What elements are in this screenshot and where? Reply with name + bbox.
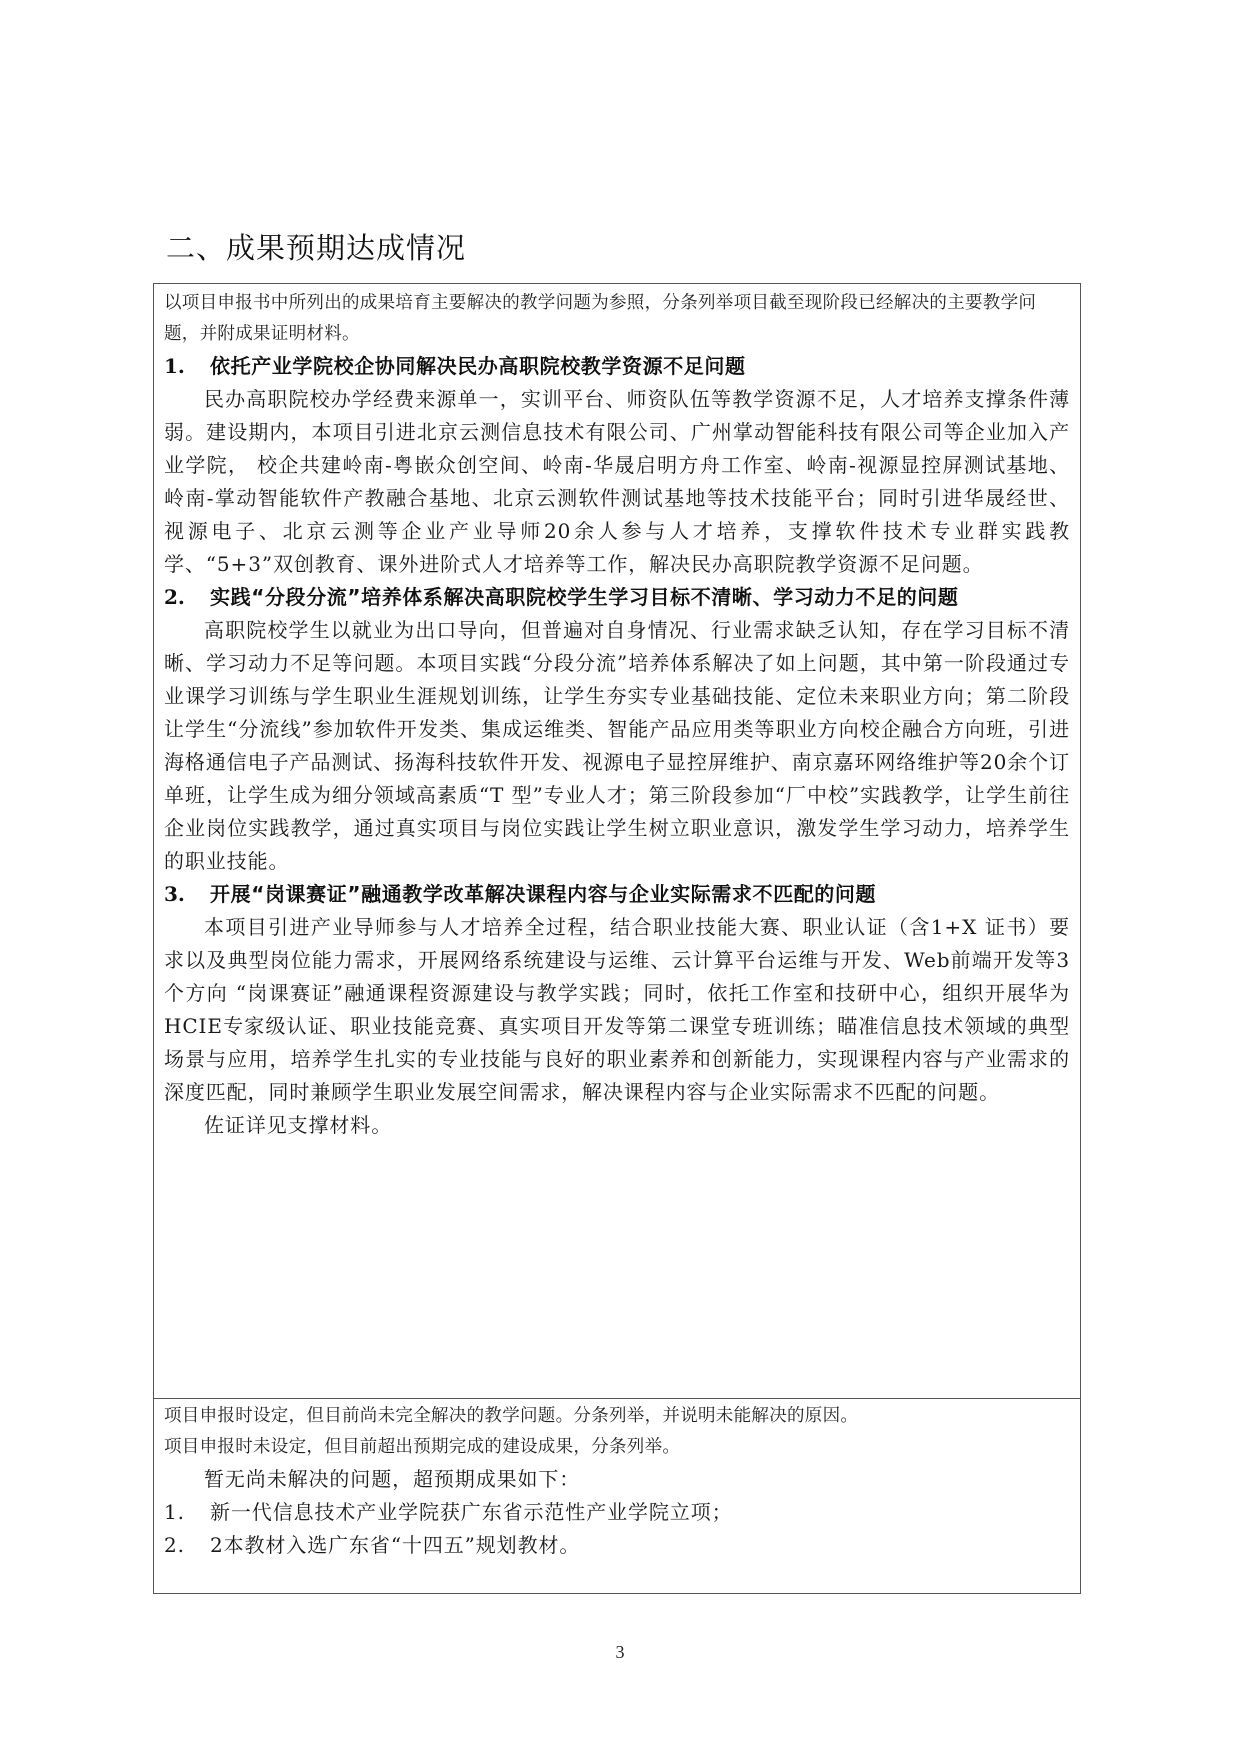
item-number: 1. (164, 350, 210, 383)
item-body: 本项目引进产业导师参与人才培养全过程，结合职业技能大赛、职业认证（含1+X 证书… (164, 911, 1070, 1109)
item-body: 高职院校学生以就业为出口导向，但普遍对自身情况、行业需求缺乏认知，存在学习目标不… (164, 614, 1070, 878)
item-body: 民办高职院校办学经费来源单一，实训平台、师资队伍等教学资源不足，人才培养支撑条件… (164, 383, 1070, 581)
summary-text: 暂无尚未解决的问题，超预期成果如下： (164, 1463, 1070, 1496)
item-heading-text: 依托产业学院校企协同解决民办高职院校教学资源不足问题 (210, 350, 1070, 383)
exceeded-prompt: 项目申报时未设定，但目前超出预期完成的建设成果，分条列举。 (164, 1432, 1070, 1463)
page-number: 3 (0, 1642, 1240, 1663)
solved-problems-prompt: 以项目申报书中所列出的成果培育主要解决的教学问题为参照，分条列举项目截至现阶段已… (164, 288, 1070, 350)
item-heading-text: 实践“分段分流”培养体系解决高职院校学生学习目标不清晰、学习动力不足的问题 (210, 581, 1070, 614)
solved-item-2: 2. 实践“分段分流”培养体系解决高职院校学生学习目标不清晰、学习动力不足的问题… (164, 581, 1070, 878)
result-text: 2本教材入选广东省“十四五”规划教材。 (210, 1529, 580, 1562)
evidence-note: 佐证详见支撑材料。 (164, 1109, 1070, 1142)
result-number: 2. (164, 1529, 210, 1562)
item-heading: 2. 实践“分段分流”培养体系解决高职院校学生学习目标不清晰、学习动力不足的问题 (164, 581, 1070, 614)
item-heading: 3. 开展“岗课赛证”融通教学改革解决课程内容与企业实际需求不匹配的问题 (164, 878, 1070, 911)
item-number: 3. (164, 878, 210, 911)
result-item-1: 1. 新一代信息技术产业学院获广东省示范性产业学院立项； (164, 1496, 1070, 1529)
result-number: 1. (164, 1496, 210, 1529)
result-item-2: 2. 2本教材入选广东省“十四五”规划教材。 (164, 1529, 1070, 1562)
unsolved-and-exceeded-cell: 项目申报时设定，但目前尚未完全解决的教学问题。分条列举，并说明未能解决的原因。 … (154, 1398, 1080, 1593)
item-number: 2. (164, 581, 210, 614)
solved-item-3: 3. 开展“岗课赛证”融通教学改革解决课程内容与企业实际需求不匹配的问题 本项目… (164, 878, 1070, 1109)
solved-problems-cell: 以项目申报书中所列出的成果培育主要解决的教学问题为参照，分条列举项目截至现阶段已… (154, 284, 1080, 1398)
section-title: 二、成果预期达成情况 (166, 228, 466, 268)
item-heading: 1. 依托产业学院校企协同解决民办高职院校教学资源不足问题 (164, 350, 1070, 383)
result-text: 新一代信息技术产业学院获广东省示范性产业学院立项； (210, 1496, 733, 1529)
achievement-table: 以项目申报书中所列出的成果培育主要解决的教学问题为参照，分条列举项目截至现阶段已… (153, 283, 1081, 1594)
solved-item-1: 1. 依托产业学院校企协同解决民办高职院校教学资源不足问题 民办高职院校办学经费… (164, 350, 1070, 581)
item-heading-text: 开展“岗课赛证”融通教学改革解决课程内容与企业实际需求不匹配的问题 (210, 878, 1070, 911)
unsolved-prompt: 项目申报时设定，但目前尚未完全解决的教学问题。分条列举，并说明未能解决的原因。 (164, 1401, 1070, 1432)
